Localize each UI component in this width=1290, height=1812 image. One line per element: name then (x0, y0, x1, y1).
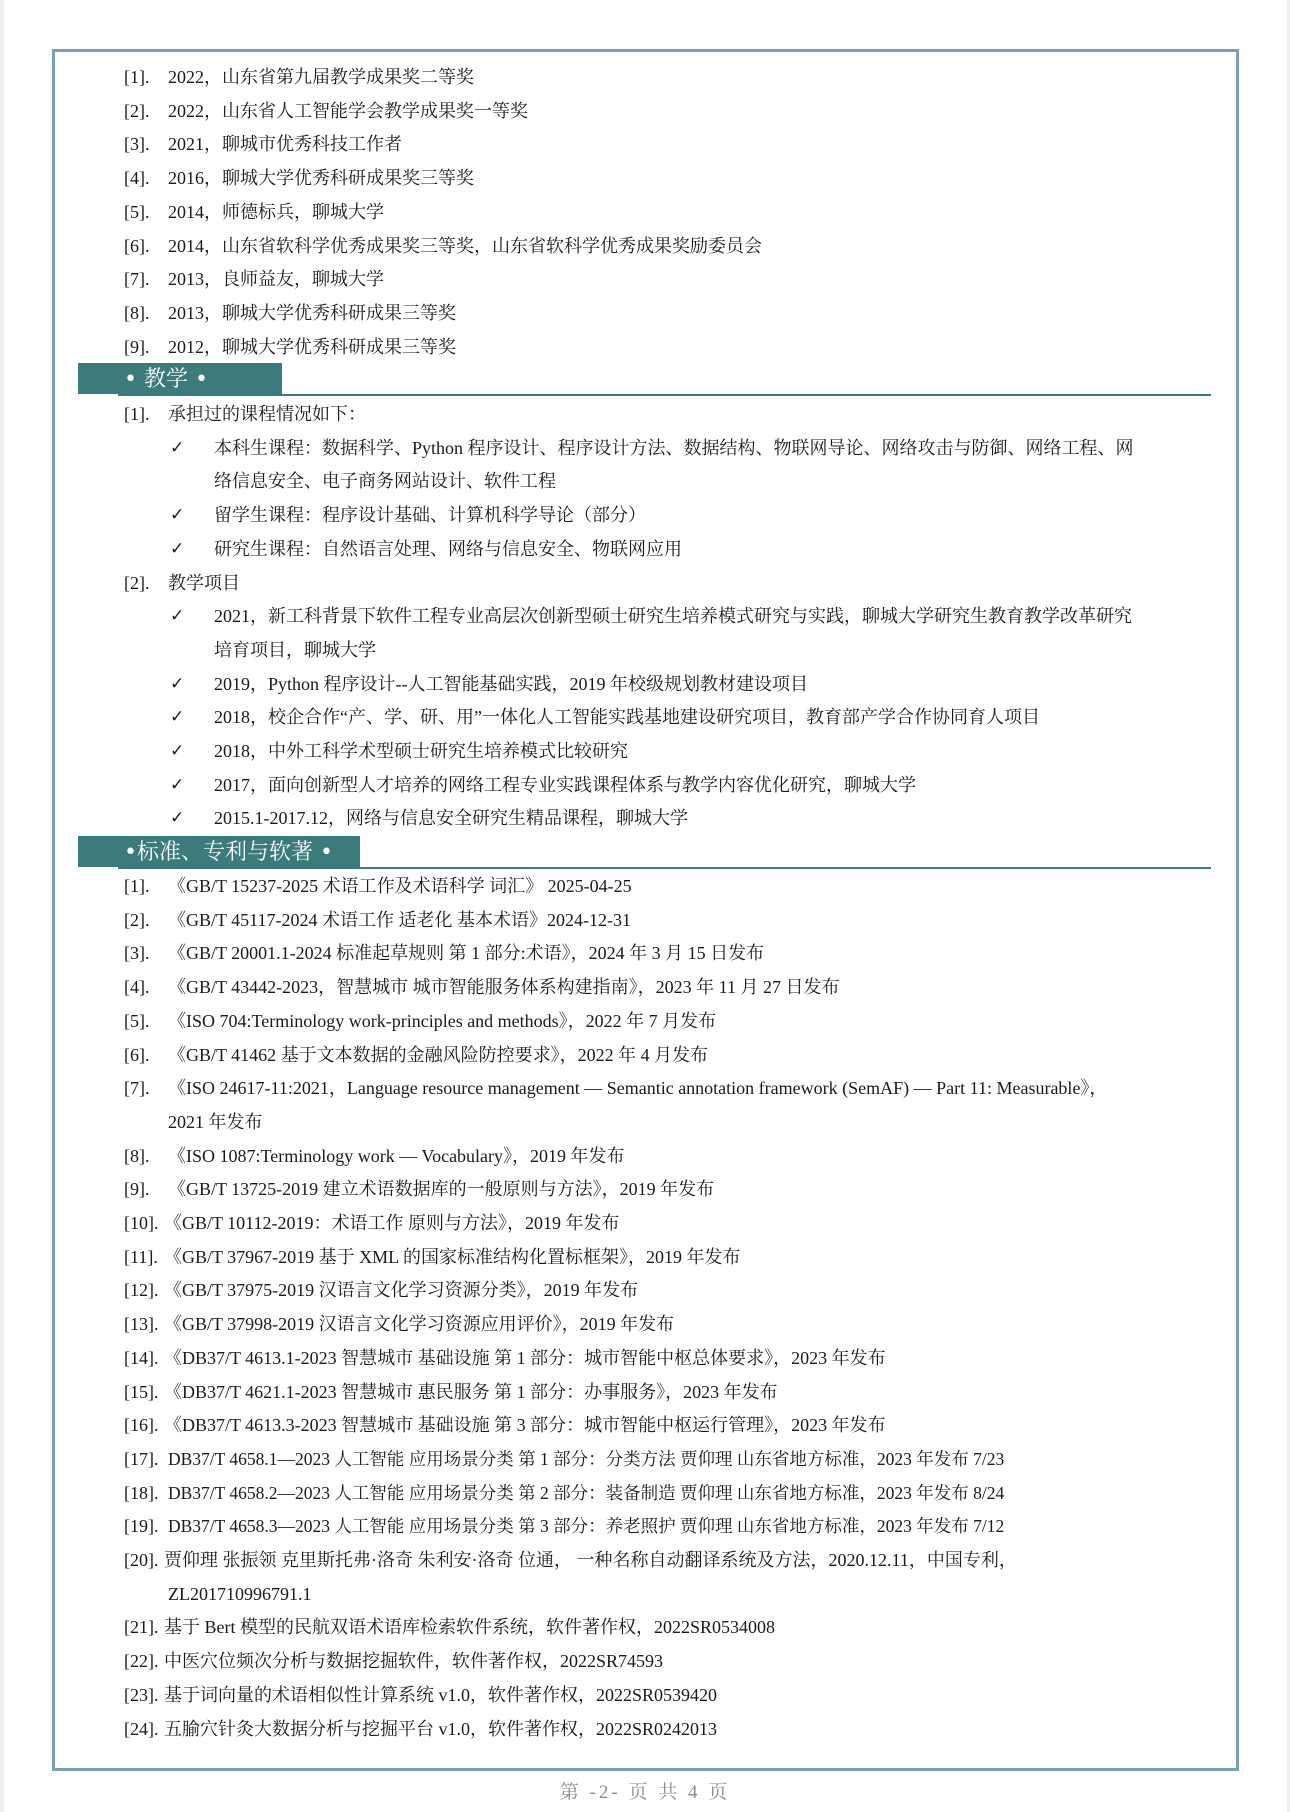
teaching-subitem: ✓2019，Python 程序设计--人工智能基础实践，2019 年校级规划教材… (0, 673, 1290, 695)
item-text: 基于词向量的术语相似性计算系统 v1.0，软件著作权，2022SR0539420 (164, 1684, 717, 1706)
item-text: 教学项目 (168, 572, 240, 594)
item-number: [17]. (124, 1448, 159, 1470)
item-text: 2021，聊城市优秀科技工作者 (168, 133, 402, 155)
subitem-text: 留学生课程：程序设计基础、计算机科学导论（部分） (214, 504, 646, 526)
standard-item: [13].《GB/T 37998-2019 汉语言文化学习资源应用评价》，201… (0, 1313, 1290, 1335)
item-number: [10]. (124, 1212, 159, 1234)
item-number: [8]. (124, 302, 150, 324)
award-item: [3].2021，聊城市优秀科技工作者 (0, 133, 1290, 155)
item-number: [4]. (124, 167, 150, 189)
item-text: 《GB/T 10112-2019：术语工作 原则与方法》，2019 年发布 (164, 1212, 620, 1234)
section-rule (282, 394, 1211, 396)
subitem-text: 2018，中外工科学术型硕士研究生培养模式比较研究 (214, 740, 628, 762)
item-text: DB37/T 4658.1—2023 人工智能 应用场景分类 第 1 部分：分类… (168, 1448, 1004, 1470)
item-text: DB37/T 4658.2—2023 人工智能 应用场景分类 第 2 部分：装备… (168, 1482, 1004, 1504)
item-number: [2]. (124, 909, 150, 931)
item-number: [7]. (124, 1077, 150, 1099)
item-text: 《GB/T 45117-2024 术语工作 适老化 基本术语》2024-12-3… (168, 909, 631, 931)
item-text: 2014，师德标兵，聊城大学 (168, 201, 384, 223)
item-number: [4]. (124, 976, 150, 998)
item-number: [3]. (124, 942, 150, 964)
item-number: [12]. (124, 1279, 159, 1301)
item-text: 《GB/T 20001.1-2024 标准起草规则 第 1 部分:术语》，202… (168, 942, 764, 964)
teaching-item: [1].承担过的课程情况如下： (0, 403, 1290, 425)
standard-item: [17].DB37/T 4658.1—2023 人工智能 应用场景分类 第 1 … (0, 1448, 1290, 1470)
award-item: [8].2013，聊城大学优秀科研成果三等奖 (0, 302, 1290, 324)
standard-item: 2021 年发布 (0, 1111, 1290, 1133)
checkmark-icon: ✓ (170, 504, 184, 526)
item-number: [6]. (124, 235, 150, 257)
item-text: 《ISO 1087:Terminology work — Vocabulary》… (168, 1145, 625, 1167)
section-header-box: •标准、专利与软著 • (78, 836, 360, 869)
standard-item: [3].《GB/T 20001.1-2024 标准起草规则 第 1 部分:术语》… (0, 942, 1290, 964)
subitem-text: 2021，新工科背景下软件工程专业高层次创新型硕士研究生培养模式研究与实践，聊城… (214, 605, 1132, 627)
teaching-subitem: ✓2021，新工科背景下软件工程专业高层次创新型硕士研究生培养模式研究与实践，聊… (0, 605, 1290, 627)
standard-item: [11].《GB/T 37967-2019 基于 XML 的国家标准结构化置标框… (0, 1246, 1290, 1268)
header-underline-accent (78, 867, 118, 869)
standard-item: [2].《GB/T 45117-2024 术语工作 适老化 基本术语》2024-… (0, 909, 1290, 931)
item-number: [20]. (124, 1549, 159, 1571)
subitem-text: 培育项目，聊城大学 (214, 639, 376, 661)
standard-item: [18].DB37/T 4658.2—2023 人工智能 应用场景分类 第 2 … (0, 1482, 1290, 1504)
standard-item: [9].《GB/T 13725-2019 建立术语数据库的一般原则与方法》，20… (0, 1178, 1290, 1200)
section-title: •标准、专利与软著 • (124, 836, 333, 869)
award-item: [1].2022，山东省第九届教学成果奖二等奖 (0, 66, 1290, 88)
item-text: 中医穴位频次分析与数据挖掘软件，软件著作权，2022SR74593 (164, 1650, 663, 1672)
standard-item: [24]. 五腧穴针灸大数据分析与挖掘平台 v1.0，软件著作权，2022SR0… (0, 1718, 1290, 1740)
section-header-box: • 教学 • (78, 363, 282, 396)
item-number: [2]. (124, 100, 150, 122)
subitem-text: 2019，Python 程序设计--人工智能基础实践，2019 年校级规划教材建… (214, 673, 808, 695)
checkmark-icon: ✓ (170, 437, 184, 459)
item-number: [18]. (124, 1482, 159, 1504)
standard-item: [7].《ISO 24617-11:2021，Language resource… (0, 1077, 1290, 1099)
standard-item: [19].DB37/T 4658.3—2023 人工智能 应用场景分类 第 3 … (0, 1515, 1290, 1537)
subitem-text: 2015.1-2017.12，网络与信息安全研究生精品课程，聊城大学 (214, 807, 688, 829)
teaching-subitem: ✓本科生课程：数据科学、Python 程序设计、程序设计方法、数据结构、物联网导… (0, 437, 1290, 459)
item-text: 《DB37/T 4621.1-2023 智慧城市 惠民服务 第 1 部分：办事服… (164, 1381, 778, 1403)
item-text: DB37/T 4658.3—2023 人工智能 应用场景分类 第 3 部分：养老… (168, 1515, 1004, 1537)
subitem-text: 2017，面向创新型人才培养的网络工程专业实践课程体系与教学内容优化研究，聊城大… (214, 774, 916, 796)
subitem-text: 研究生课程：自然语言处理、网络与信息安全、物联网应用 (214, 538, 682, 560)
item-number: [1]. (124, 403, 150, 425)
teaching-subitem: ✓2015.1-2017.12，网络与信息安全研究生精品课程，聊城大学 (0, 807, 1290, 829)
item-number: [22]. (124, 1650, 159, 1672)
item-number: [15]. (124, 1381, 159, 1403)
item-text: 《GB/T 15237-2025 术语工作及术语科学 词汇》 2025-04-2… (168, 875, 632, 897)
item-number: [14]. (124, 1347, 159, 1369)
teaching-subitem: 培育项目，聊城大学 (0, 639, 1290, 661)
item-text: 《ISO 704:Terminology work-principles and… (168, 1010, 716, 1032)
item-number: [16]. (124, 1414, 159, 1436)
item-text: 《ISO 24617-11:2021，Language resource man… (168, 1077, 1107, 1099)
checkmark-icon: ✓ (170, 774, 184, 796)
item-number: [23]. (124, 1684, 159, 1706)
item-number: [7]. (124, 268, 150, 290)
item-text: 《GB/T 37998-2019 汉语言文化学习资源应用评价》，2019 年发布 (164, 1313, 674, 1335)
item-number: [6]. (124, 1044, 150, 1066)
teaching-item: [2].教学项目 (0, 572, 1290, 594)
item-text: 贾仰理 张振领 克里斯托弗·洛奇 朱利安·洛奇 位通， 一种名称自动翻译系统及方… (164, 1549, 1017, 1571)
teaching-subitem: 络信息安全、电子商务网站设计、软件工程 (0, 470, 1290, 492)
standard-item: [16].《DB37/T 4613.3-2023 智慧城市 基础设施 第 3 部… (0, 1414, 1290, 1436)
item-number: [9]. (124, 1178, 150, 1200)
standard-item: [22]. 中医穴位频次分析与数据挖掘软件，软件著作权，2022SR74593 (0, 1650, 1290, 1672)
item-text: 《DB37/T 4613.1-2023 智慧城市 基础设施 第 1 部分：城市智… (164, 1347, 886, 1369)
checkmark-icon: ✓ (170, 605, 184, 627)
checkmark-icon: ✓ (170, 673, 184, 695)
teaching-subitem: ✓留学生课程：程序设计基础、计算机科学导论（部分） (0, 504, 1290, 526)
item-text: 《GB/T 41462 基于文本数据的金融风险防控要求》，2022 年 4 月发… (168, 1044, 708, 1066)
item-number: [5]. (124, 201, 150, 223)
item-text: 2022，山东省第九届教学成果奖二等奖 (168, 66, 474, 88)
standard-item: [4].《GB/T 43442-2023，智慧城市 城市智能服务体系构建指南》，… (0, 976, 1290, 998)
checkmark-icon: ✓ (170, 538, 184, 560)
teaching-subitem: ✓2018，校企合作“产、学、研、用”一体化人工智能实践基地建设研究项目，教育部… (0, 706, 1290, 728)
checkmark-icon: ✓ (170, 807, 184, 829)
award-item: [5].2014，师德标兵，聊城大学 (0, 201, 1290, 223)
item-text: 2013，聊城大学优秀科研成果三等奖 (168, 302, 456, 324)
item-text: 基于 Bert 模型的民航双语术语库检索软件系统，软件著作权，2022SR053… (164, 1616, 775, 1638)
checkmark-icon: ✓ (170, 740, 184, 762)
section-title: • 教学 • (124, 363, 208, 396)
standard-item: [20]. 贾仰理 张振领 克里斯托弗·洛奇 朱利安·洛奇 位通， 一种名称自动… (0, 1549, 1290, 1571)
standard-item: [8].《ISO 1087:Terminology work — Vocabul… (0, 1145, 1290, 1167)
item-number: [11]. (124, 1246, 158, 1268)
item-number: [9]. (124, 336, 150, 358)
item-number: [5]. (124, 1010, 150, 1032)
item-text: 《GB/T 37967-2019 基于 XML 的国家标准结构化置标框架》，20… (164, 1246, 741, 1268)
award-item: [9].2012，聊城大学优秀科研成果三等奖 (0, 336, 1290, 358)
standard-item: [6].《GB/T 41462 基于文本数据的金融风险防控要求》，2022 年 … (0, 1044, 1290, 1066)
item-text: 五腧穴针灸大数据分析与挖掘平台 v1.0，软件著作权，2022SR0242013 (164, 1718, 717, 1740)
item-number: [13]. (124, 1313, 159, 1335)
item-number: [24]. (124, 1718, 159, 1740)
item-text: 2012，聊城大学优秀科研成果三等奖 (168, 336, 456, 358)
award-item: [6].2014，山东省软科学优秀成果奖三等奖，山东省软科学优秀成果奖励委员会 (0, 235, 1290, 257)
teaching-subitem: ✓2018，中外工科学术型硕士研究生培养模式比较研究 (0, 740, 1290, 762)
standard-item: [5].《ISO 704:Terminology work-principles… (0, 1010, 1290, 1032)
standard-item: [23]. 基于词向量的术语相似性计算系统 v1.0，软件著作权，2022SR0… (0, 1684, 1290, 1706)
award-item: [7].2013，良师益友，聊城大学 (0, 268, 1290, 290)
teaching-subitem: ✓2017，面向创新型人才培养的网络工程专业实践课程体系与教学内容优化研究，聊城… (0, 774, 1290, 796)
item-text: 2013，良师益友，聊城大学 (168, 268, 384, 290)
item-text: 2014，山东省软科学优秀成果奖三等奖，山东省软科学优秀成果奖励委员会 (168, 235, 762, 257)
standard-item: [12].《GB/T 37975-2019 汉语言文化学习资源分类》，2019 … (0, 1279, 1290, 1301)
subitem-text: 2018，校企合作“产、学、研、用”一体化人工智能实践基地建设研究项目，教育部产… (214, 706, 1040, 728)
item-number: [1]. (124, 66, 150, 88)
standard-item: [21]. 基于 Bert 模型的民航双语术语库检索软件系统，软件著作权，202… (0, 1616, 1290, 1638)
standard-item: [1].《GB/T 15237-2025 术语工作及术语科学 词汇》 2025-… (0, 875, 1290, 897)
award-item: [4].2016，聊城大学优秀科研成果奖三等奖 (0, 167, 1290, 189)
item-text: 《GB/T 13725-2019 建立术语数据库的一般原则与方法》，2019 年… (168, 1178, 714, 1200)
subitem-text: 络信息安全、电子商务网站设计、软件工程 (214, 470, 556, 492)
item-text: 《GB/T 37975-2019 汉语言文化学习资源分类》，2019 年发布 (164, 1279, 638, 1301)
item-number: [3]. (124, 133, 150, 155)
item-number: [2]. (124, 572, 150, 594)
item-text: 2022，山东省人工智能学会教学成果奖一等奖 (168, 100, 528, 122)
header-underline-accent (78, 394, 118, 396)
checkmark-icon: ✓ (170, 706, 184, 728)
item-number: [19]. (124, 1515, 159, 1537)
standard-item: ZL201710996791.1 (0, 1583, 1290, 1605)
award-item: [2].2022，山东省人工智能学会教学成果奖一等奖 (0, 100, 1290, 122)
item-number: [21]. (124, 1616, 159, 1638)
standard-item: [14].《DB37/T 4613.1-2023 智慧城市 基础设施 第 1 部… (0, 1347, 1290, 1369)
subitem-text: 本科生课程：数据科学、Python 程序设计、程序设计方法、数据结构、物联网导论… (214, 437, 1134, 459)
teaching-subitem: ✓研究生课程：自然语言处理、网络与信息安全、物联网应用 (0, 538, 1290, 560)
item-number: [8]. (124, 1145, 150, 1167)
item-text: 《DB37/T 4613.3-2023 智慧城市 基础设施 第 3 部分：城市智… (164, 1414, 886, 1436)
item-text: 2016，聊城大学优秀科研成果奖三等奖 (168, 167, 474, 189)
item-text: 2021 年发布 (168, 1111, 263, 1133)
standard-item: [15].《DB37/T 4621.1-2023 智慧城市 惠民服务 第 1 部… (0, 1381, 1290, 1403)
item-number: [1]. (124, 875, 150, 897)
standard-item: [10].《GB/T 10112-2019：术语工作 原则与方法》，2019 年… (0, 1212, 1290, 1234)
page-number: 第 -2- 页 共 4 页 (0, 1777, 1290, 1804)
item-text: 承担过的课程情况如下： (168, 403, 366, 425)
section-rule (360, 867, 1211, 869)
item-text: ZL201710996791.1 (168, 1583, 312, 1605)
item-text: 《GB/T 43442-2023，智慧城市 城市智能服务体系构建指南》，2023… (168, 976, 840, 998)
